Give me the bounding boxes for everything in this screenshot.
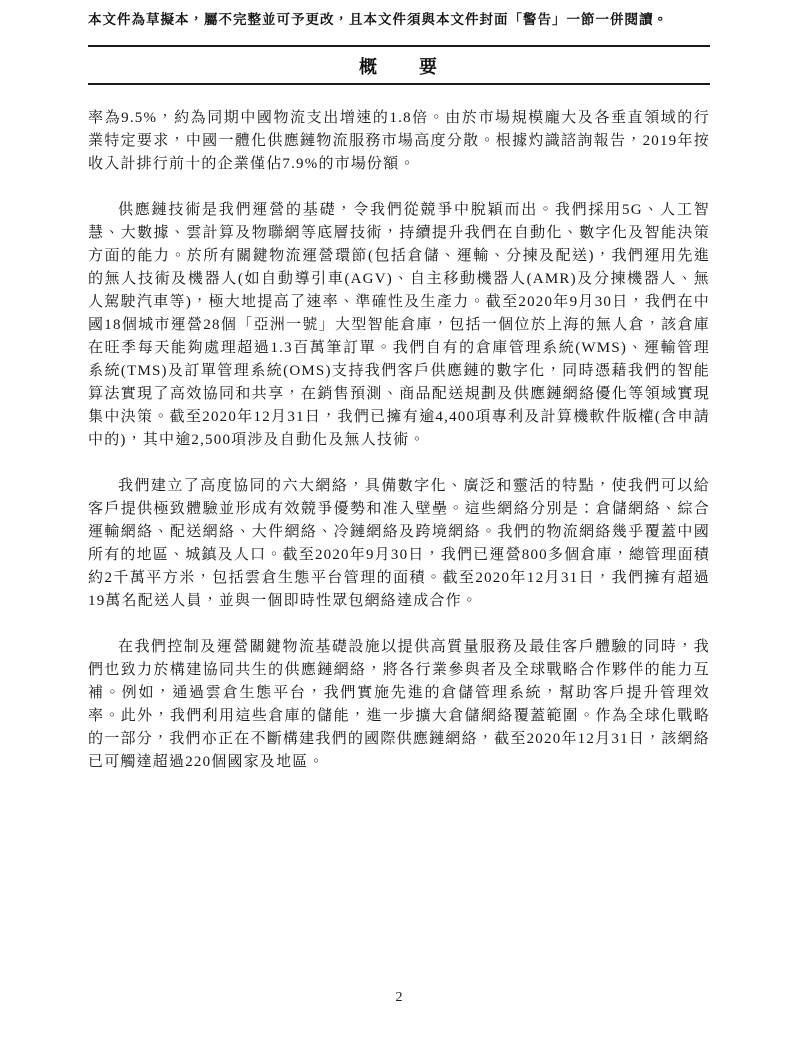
page-number: 2 <box>88 990 710 1006</box>
body-paragraph-1: 率為9.5%，約為同期中國物流支出增速的1.8倍。由於市場規模龐大及各垂直領域的… <box>88 107 710 176</box>
body-paragraph-3: 我們建立了高度協同的六大網絡，具備數字化、廣泛和靈活的特點，使我們可以給客戶提供… <box>88 475 710 613</box>
body-paragraph-4: 在我們控制及運營關鍵物流基礎設施以提供高質量服務及最佳客戶體驗的同時，我們也致力… <box>88 636 710 774</box>
draft-disclaimer: 本文件為草擬本，屬不完整並可予更改，且本文件須與本文件封面「警告」一節一併閱讀。 <box>88 11 710 28</box>
body-paragraph-2: 供應鏈技術是我們運營的基礎，令我們從競爭中脫穎而出。我們採用5G、人工智慧、大數… <box>88 199 710 452</box>
body-text: 率為9.5%，約為同期中國物流支出增速的1.8倍。由於市場規模龐大及各垂直領域的… <box>88 107 710 774</box>
page-content: 本文件為草擬本，屬不完整並可予更改，且本文件須與本文件封面「警告」一節一併閱讀。… <box>88 0 710 774</box>
section-title: 概 要 <box>359 57 439 77</box>
section-title-block: 概 要 <box>88 45 710 85</box>
prospectus-page: 本文件為草擬本，屬不完整並可予更改，且本文件須與本文件封面「警告」一節一併閱讀。… <box>0 0 793 1058</box>
